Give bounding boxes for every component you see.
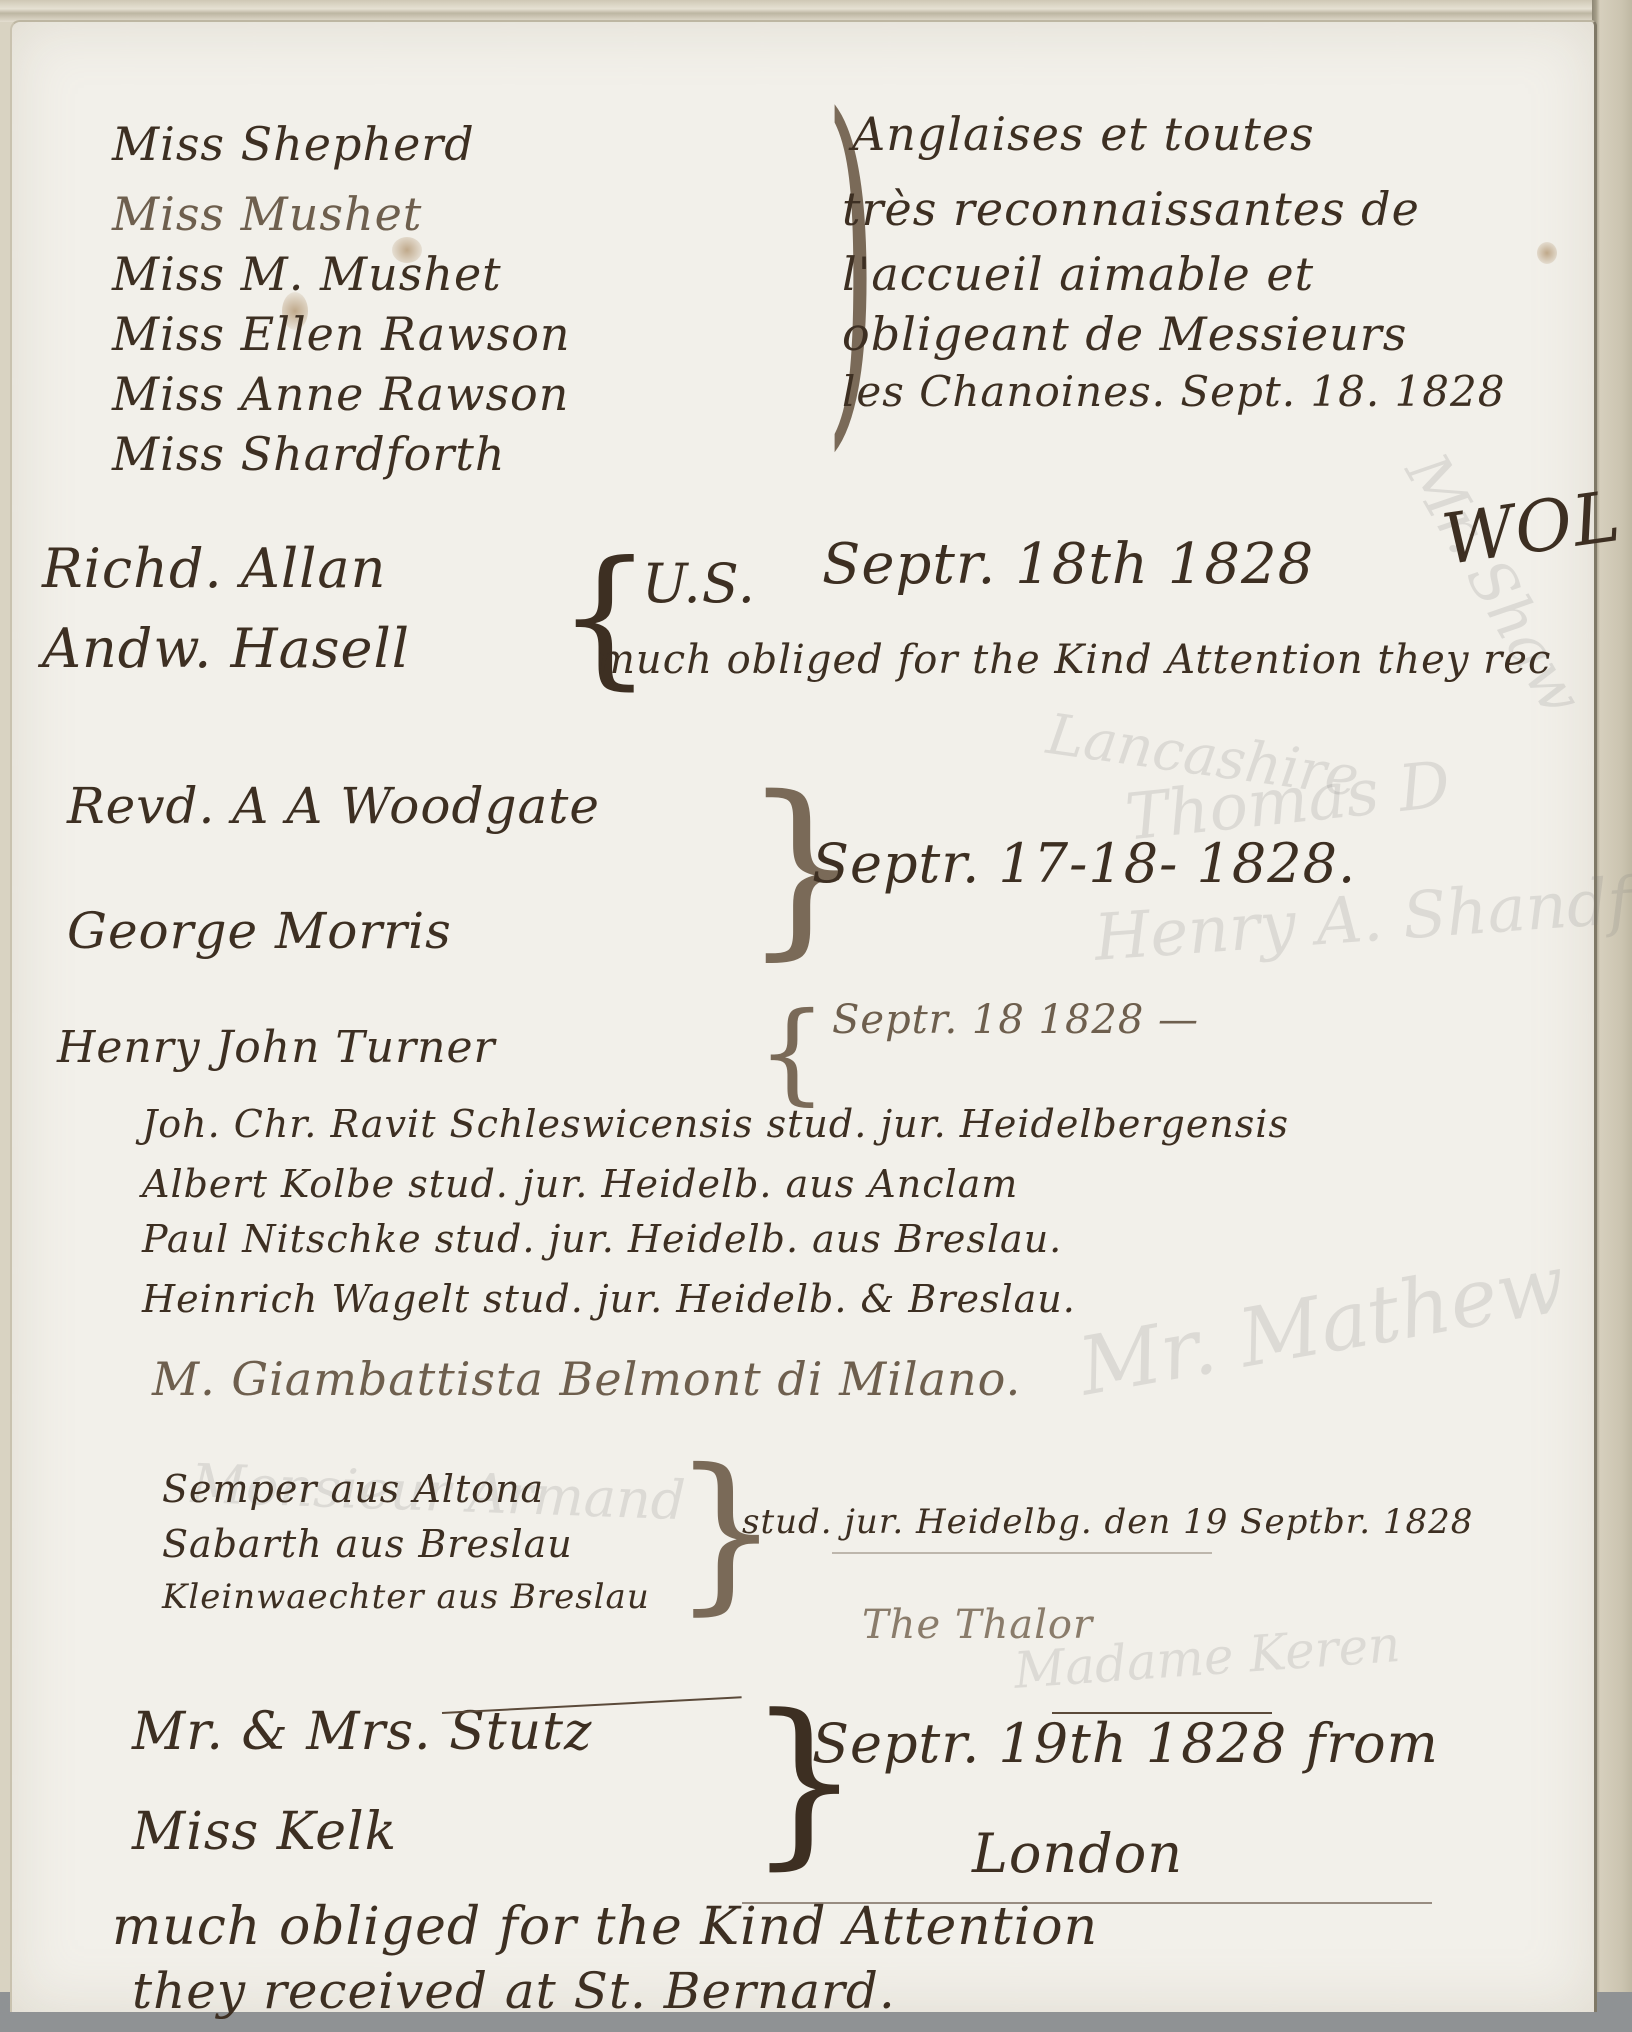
entry-note-line: much obliged for the Kind Attention [112,1897,1098,1957]
entry-date: Septr. 17-18- 1828. [812,832,1356,895]
page-stack-top-edge [0,0,1632,22]
manuscript-page: Mr. Shaw Lancashire Thomas D Henry A. Sh… [10,20,1597,2012]
entry-date: Septr. 18 1828 — [832,997,1199,1043]
register-line: Joh. Chr. Ravit Schleswicensis stud. jur… [142,1102,1289,1146]
guest-name: Richd. Allan [42,537,386,600]
entry-note-line: très reconnaissantes de [842,182,1420,236]
guest-name: Miss M. Mushet [112,247,502,301]
guest-name: Miss Shepherd [112,117,475,171]
guest-name: Miss Kelk [132,1802,397,1862]
entry-note-line: Anglaises et toutes [852,107,1315,161]
ink-stroke [832,1552,1212,1554]
guest-name: Miss Anne Rawson [112,367,569,421]
register-line: Paul Nitschke stud. jur. Heidelb. aus Br… [142,1217,1062,1261]
guest-name: Andw. Hasell [42,617,410,680]
entry-origin: London [972,1822,1183,1885]
register-line: The Thalor [862,1602,1093,1648]
ink-stroke [1052,1712,1272,1714]
entry-origin: U.S. [642,552,756,615]
guest-name: Henry John Turner [57,1022,496,1073]
bracket: { [757,997,827,1107]
guest-name: Miss Mushet [112,187,422,241]
entry-note: stud. jur. Heidelbg. den 19 Septbr. 1828 [742,1502,1473,1542]
entry-note-line: obligeant de Messieurs [842,307,1407,361]
entry-date: Septr. 19th 1828 from [812,1712,1439,1775]
entry-note: much obliged for the Kind Attention they… [597,637,1551,683]
page-stack-right-edge [1592,0,1632,2032]
guest-name: Kleinwaechter aus Breslau [162,1577,650,1617]
register-line: M. Giambattista Belmont di Milano. [152,1352,1021,1406]
register-line: Heinrich Wagelt stud. jur. Heidelb. & Br… [142,1277,1076,1321]
ghost-text: Mr. Mathew [1072,1237,1572,1414]
entry-note-line: l'accueil aimable et [842,247,1314,301]
guest-name: Semper aus Altona [162,1467,544,1511]
entry-note-line: they received at St. Bernard. [132,1962,896,2020]
entry-date: Septr. 18th 1828 [822,532,1314,597]
entry-note-line: les Chanoines. Sept. 18. 1828 [842,367,1505,416]
ink-stroke [742,1902,1432,1904]
guest-name: Sabarth aus Breslau [162,1522,573,1566]
ink-stain [1537,242,1557,264]
guest-name: Mr. & Mrs. Stutz [132,1702,592,1762]
guest-name: George Morris [67,902,452,960]
ghost-text: Lancashire [1043,702,1363,810]
guest-name: Miss Ellen Rawson [112,307,571,361]
guest-name: Revd. A A Woodgate [67,777,600,835]
register-line: Albert Kolbe stud. jur. Heidelb. aus Anc… [142,1162,1018,1206]
guest-name: Miss Shardforth [112,427,505,481]
